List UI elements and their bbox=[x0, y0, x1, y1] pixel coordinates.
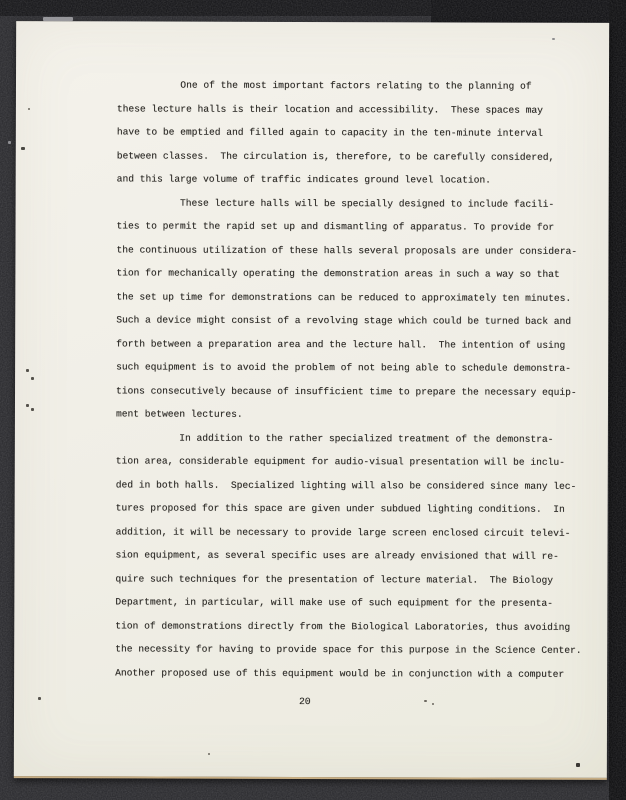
scan-canvas: One of the most important factors relati… bbox=[0, 0, 626, 800]
typed-line: and this large volume of traffic indicat… bbox=[117, 167, 583, 192]
dust-speck bbox=[38, 697, 41, 700]
typed-line: the set up time for demonstrations can b… bbox=[116, 285, 582, 310]
dust-speck bbox=[8, 141, 11, 144]
typed-line: have to be emptied and filled again to c… bbox=[117, 120, 583, 145]
typed-line: addition, it will be necessary to provid… bbox=[116, 520, 582, 545]
typed-line: In addition to the rather specialized tr… bbox=[116, 426, 582, 451]
dust-speck bbox=[28, 108, 30, 110]
typed-line: Such a device might consist of a revolvi… bbox=[116, 308, 582, 333]
typed-line: between classes. The circulation is, the… bbox=[117, 144, 583, 169]
typed-line: tions consecutively because of insuffici… bbox=[116, 379, 582, 404]
dust-speck bbox=[31, 377, 34, 380]
dust-speck bbox=[208, 753, 210, 755]
typed-line: tures proposed for this space are given … bbox=[116, 496, 582, 521]
typed-line: tion area, considerable equipment for au… bbox=[116, 449, 582, 474]
typed-line: ment between lectures. bbox=[116, 402, 582, 427]
typed-line: These lecture halls will be specially de… bbox=[117, 191, 583, 216]
scanned-page: One of the most important factors relati… bbox=[14, 21, 609, 780]
dust-speck bbox=[43, 17, 73, 21]
typed-line: ties to permit the rapid set up and dism… bbox=[117, 214, 583, 239]
dust-speck bbox=[432, 703, 434, 705]
dust-speck bbox=[424, 700, 427, 702]
typed-line: Department, in particular, will make use… bbox=[115, 590, 581, 615]
dust-speck bbox=[552, 38, 555, 40]
dust-speck bbox=[21, 147, 25, 150]
typed-line: Another proposed use of this equipment w… bbox=[115, 661, 581, 686]
typed-line: ded in both halls. Specialized lighting … bbox=[116, 473, 582, 498]
typed-line: these lecture halls is their location an… bbox=[117, 97, 583, 122]
typed-line: such equipment is to avoid the problem o… bbox=[116, 355, 582, 380]
typed-line: tion for mechanically operating the demo… bbox=[116, 261, 582, 286]
typed-line: quire such techniques for the presentati… bbox=[115, 567, 581, 592]
typed-line: tion of demonstrations directly from the… bbox=[115, 614, 581, 639]
dust-speck bbox=[26, 369, 29, 372]
typed-line: forth between a preparation area and the… bbox=[116, 332, 582, 357]
dust-speck bbox=[26, 404, 29, 407]
typed-line: the necessity for having to provide spac… bbox=[115, 637, 581, 662]
typed-line: the continuous utilization of these hall… bbox=[116, 238, 582, 263]
dust-speck bbox=[576, 763, 580, 767]
scan-right-edge-strip bbox=[609, 0, 626, 800]
dust-speck bbox=[31, 408, 34, 411]
typed-line: sion equipment, as several specific uses… bbox=[115, 543, 581, 568]
typed-text-block: One of the most important factors relati… bbox=[115, 73, 583, 685]
page-number: 20 bbox=[299, 690, 311, 714]
typed-line: One of the most important factors relati… bbox=[117, 73, 583, 98]
